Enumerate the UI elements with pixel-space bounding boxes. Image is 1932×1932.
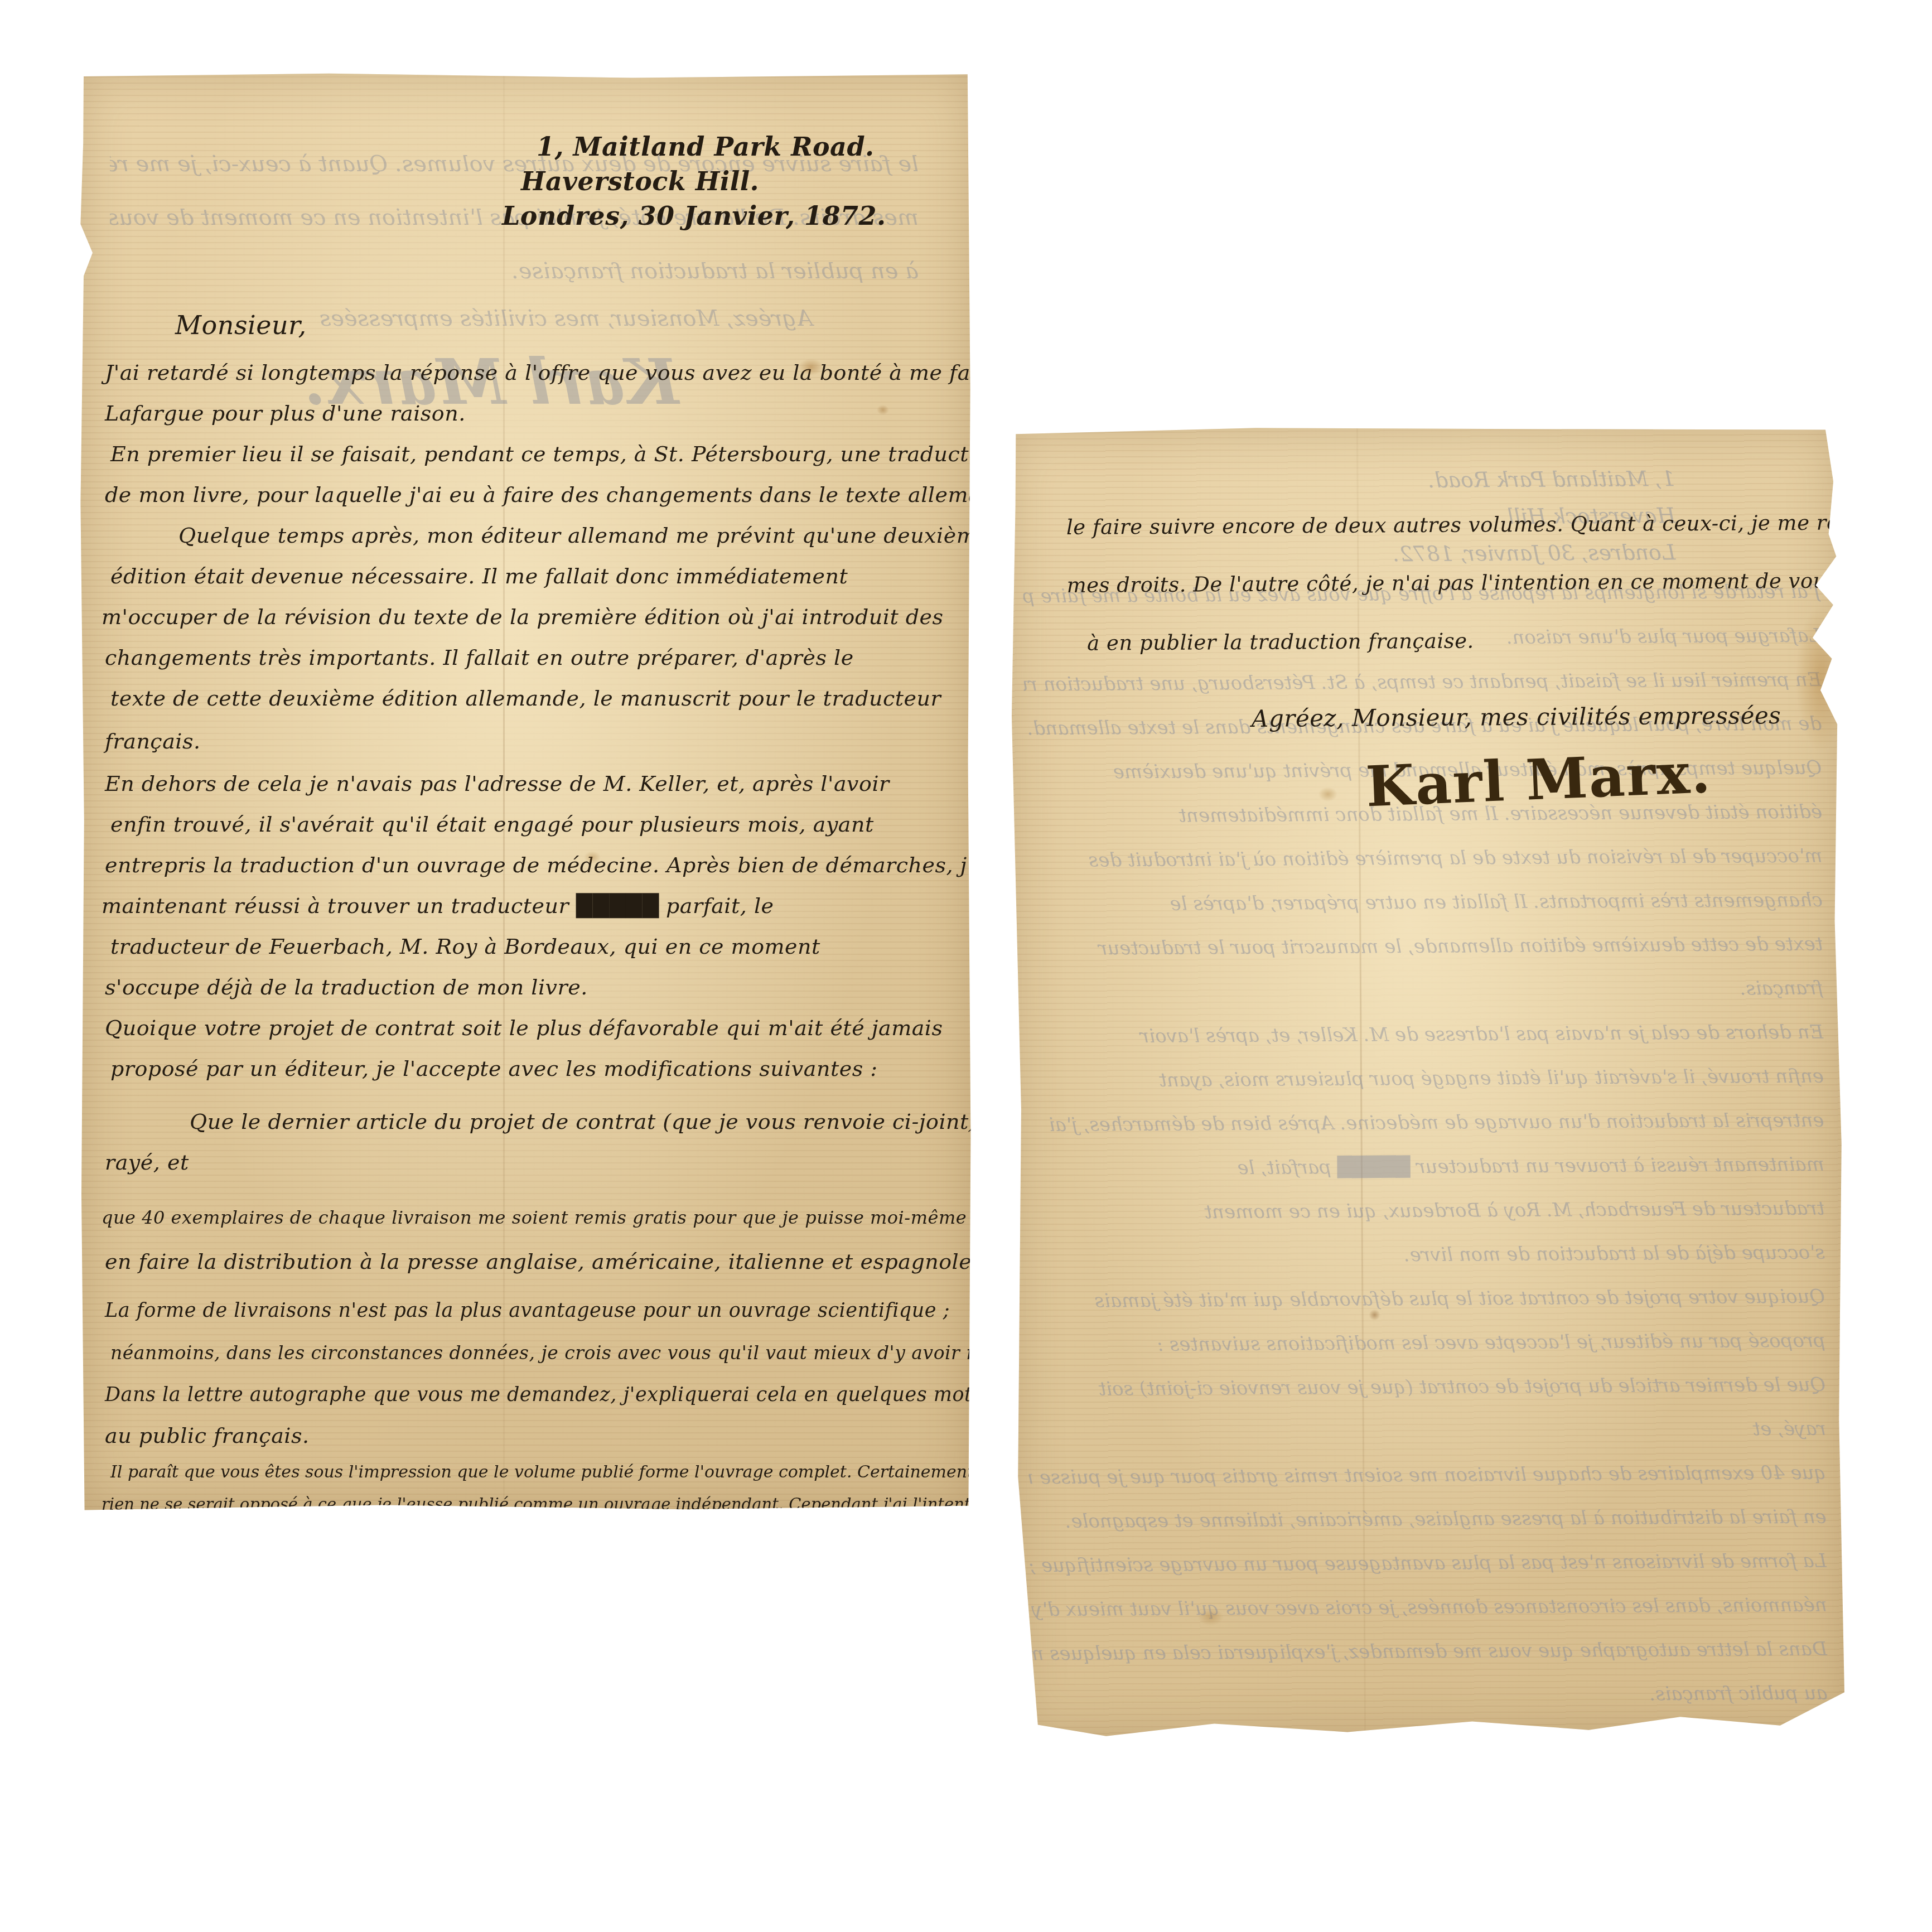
ghost-handwritten-line: proposé par un éditeur, je l'accepte ave… xyxy=(1028,1319,1825,1368)
handwritten-line: entrepris la traduction d'un ouvrage de … xyxy=(105,845,963,886)
handwritten-line: maintenant réussi à trouver un traducteu… xyxy=(102,886,963,926)
handwritten-line: En premier lieu il se faisait, pendant c… xyxy=(110,434,963,475)
paper-stain xyxy=(1318,787,1337,801)
letter-page-2: 1, Maitland Park Road.Haverstock Hill.Lo… xyxy=(1007,422,1847,1739)
ghost-handwritten-line: que 40 exemplaires de chaque livraison m… xyxy=(1028,1451,1826,1500)
handwritten-line: Il paraît que vous êtes sous l'impressio… xyxy=(110,1456,963,1489)
handwritten-line: Quelque temps après, mon éditeur alleman… xyxy=(105,515,963,556)
handwritten-line: au public français. xyxy=(105,1416,963,1456)
ghost-handwritten-line: néanmoins, dans les circonstances donnée… xyxy=(1030,1583,1827,1632)
closing-line: Agréez, Monsieur, mes civilités empressé… xyxy=(1252,702,1781,732)
ghost-handwritten-line: En dehors de cela je n'avais pas l'adres… xyxy=(1026,1011,1823,1060)
ghost-handwritten-line: Il paraît que vous êtes sous l'impressio… xyxy=(1030,1716,1828,1725)
address-line: Londres, 30 Janvier, 1872. xyxy=(502,199,886,233)
handwritten-line: Dans la lettre autographe que vous me de… xyxy=(105,1375,963,1416)
handwritten-line: rayé, et xyxy=(105,1142,963,1183)
ghost-handwritten-line: changements très importants. Il fallait … xyxy=(1025,878,1823,928)
torn-edge-discoloration xyxy=(1795,606,1847,752)
ghost-handwritten-line: au public français. xyxy=(1030,1672,1828,1721)
letter-body-page1: J'ai retardé si longtemps la réponse à l… xyxy=(105,352,963,1520)
handwritten-line: rien ne se serait opposé à ce que je l'e… xyxy=(102,1489,963,1520)
ghost-handwritten-line: s'occupe déjà de la traduction de mon li… xyxy=(1027,1231,1825,1280)
handwritten-line: s'occupe déjà de la traduction de mon li… xyxy=(105,967,963,1008)
handwritten-line: La forme de livraisons n'est pas la plus… xyxy=(105,1291,963,1331)
letter-body-page2: le faire suivre encore de deux autres vo… xyxy=(1066,494,1818,673)
handwritten-line: Lafargue pour plus d'une raison. xyxy=(105,393,963,434)
handwritten-line: français. xyxy=(105,719,963,764)
handwritten-line: à en publier la traduction française. xyxy=(1067,610,1818,673)
karl-marx-signature: Karl Marx. xyxy=(1365,740,1713,819)
handwritten-line: en faire la distribution à la presse ang… xyxy=(105,1238,963,1285)
handwritten-line: néanmoins, dans les circonstances donnée… xyxy=(110,1331,963,1375)
ghost-handwritten-line: traducteur de Feuerbach, M. Roy à Bordea… xyxy=(1027,1187,1824,1236)
ghost-handwritten-line: La forme de livraisons n'est pas la plus… xyxy=(1029,1539,1827,1588)
handwritten-line: enfin trouvé, il s'avérait qu'il était e… xyxy=(110,804,963,845)
handwritten-line: de mon livre, pour laquelle j'ai eu à fa… xyxy=(105,475,963,515)
handwritten-line: édition était devenue nécessaire. Il me … xyxy=(110,556,963,597)
scan-background: le faire suivre encore de deux autres vo… xyxy=(0,0,1932,1932)
address-line: Haverstock Hill. xyxy=(521,164,886,199)
handwritten-line: J'ai retardé si longtemps la réponse à l… xyxy=(105,352,963,393)
handwritten-line: changements très importants. Il fallait … xyxy=(105,637,963,678)
handwritten-line: Quoique votre projet de contrat soit le … xyxy=(105,1008,963,1049)
handwritten-line: le faire suivre encore de deux autres vo… xyxy=(1066,494,1818,557)
handwritten-line: que 40 exemplaires de chaque livraison m… xyxy=(102,1197,963,1238)
handwritten-line: proposé par un éditeur, je l'accepte ave… xyxy=(110,1049,963,1089)
ghost-handwritten-line: à en publier la traduction française. xyxy=(110,244,919,298)
handwritten-line: texte de cette deuxième édition allemand… xyxy=(110,678,963,719)
handwritten-line: En dehors de cela je n'avais pas l'adres… xyxy=(105,764,963,804)
ghost-handwritten-line: français. xyxy=(1026,967,1823,1016)
paper-stain xyxy=(1198,1609,1224,1625)
ghost-handwritten-line: en faire la distribution à la presse ang… xyxy=(1029,1495,1827,1544)
ghost-handwritten-line: maintenant réussi à trouver un traducteu… xyxy=(1027,1143,1824,1192)
handwritten-line: Que le dernier article du projet de cont… xyxy=(105,1102,963,1142)
paper-stain xyxy=(1369,1310,1380,1321)
ghost-handwritten-line: m'occuper de la révision du texte de la … xyxy=(1025,834,1822,883)
handwritten-line: mes droits. De l'autre côté, je n'ai pas… xyxy=(1066,552,1818,615)
ghost-handwritten-line: Dans la lettre autographe que vous me de… xyxy=(1030,1627,1827,1677)
ghost-handwritten-line: entrepris la traduction d'un ouvrage de … xyxy=(1026,1099,1824,1148)
handwritten-line: m'occuper de la révision du texte de la … xyxy=(102,597,963,637)
salutation: Monsieur, xyxy=(175,310,307,340)
address-line: 1, Maitland Park Road. xyxy=(537,129,886,164)
ghost-handwritten-line: enfin trouvé, il s'avérait qu'il était e… xyxy=(1026,1055,1824,1104)
ghost-handwritten-line: texte de cette deuxième édition allemand… xyxy=(1025,922,1823,972)
ghost-handwritten-line: Que le dernier article du projet de cont… xyxy=(1028,1363,1825,1412)
ghost-handwritten-line: rayé, et xyxy=(1028,1407,1826,1456)
handwritten-line: traducteur de Feuerbach, M. Roy à Bordea… xyxy=(110,926,963,967)
letter-header-address: 1, Maitland Park Road.Haverstock Hill.Lo… xyxy=(537,129,886,233)
ghost-handwritten-line: Quoique votre projet de contrat soit le … xyxy=(1027,1275,1825,1324)
letter-page-1: le faire suivre encore de deux autres vo… xyxy=(79,71,972,1511)
